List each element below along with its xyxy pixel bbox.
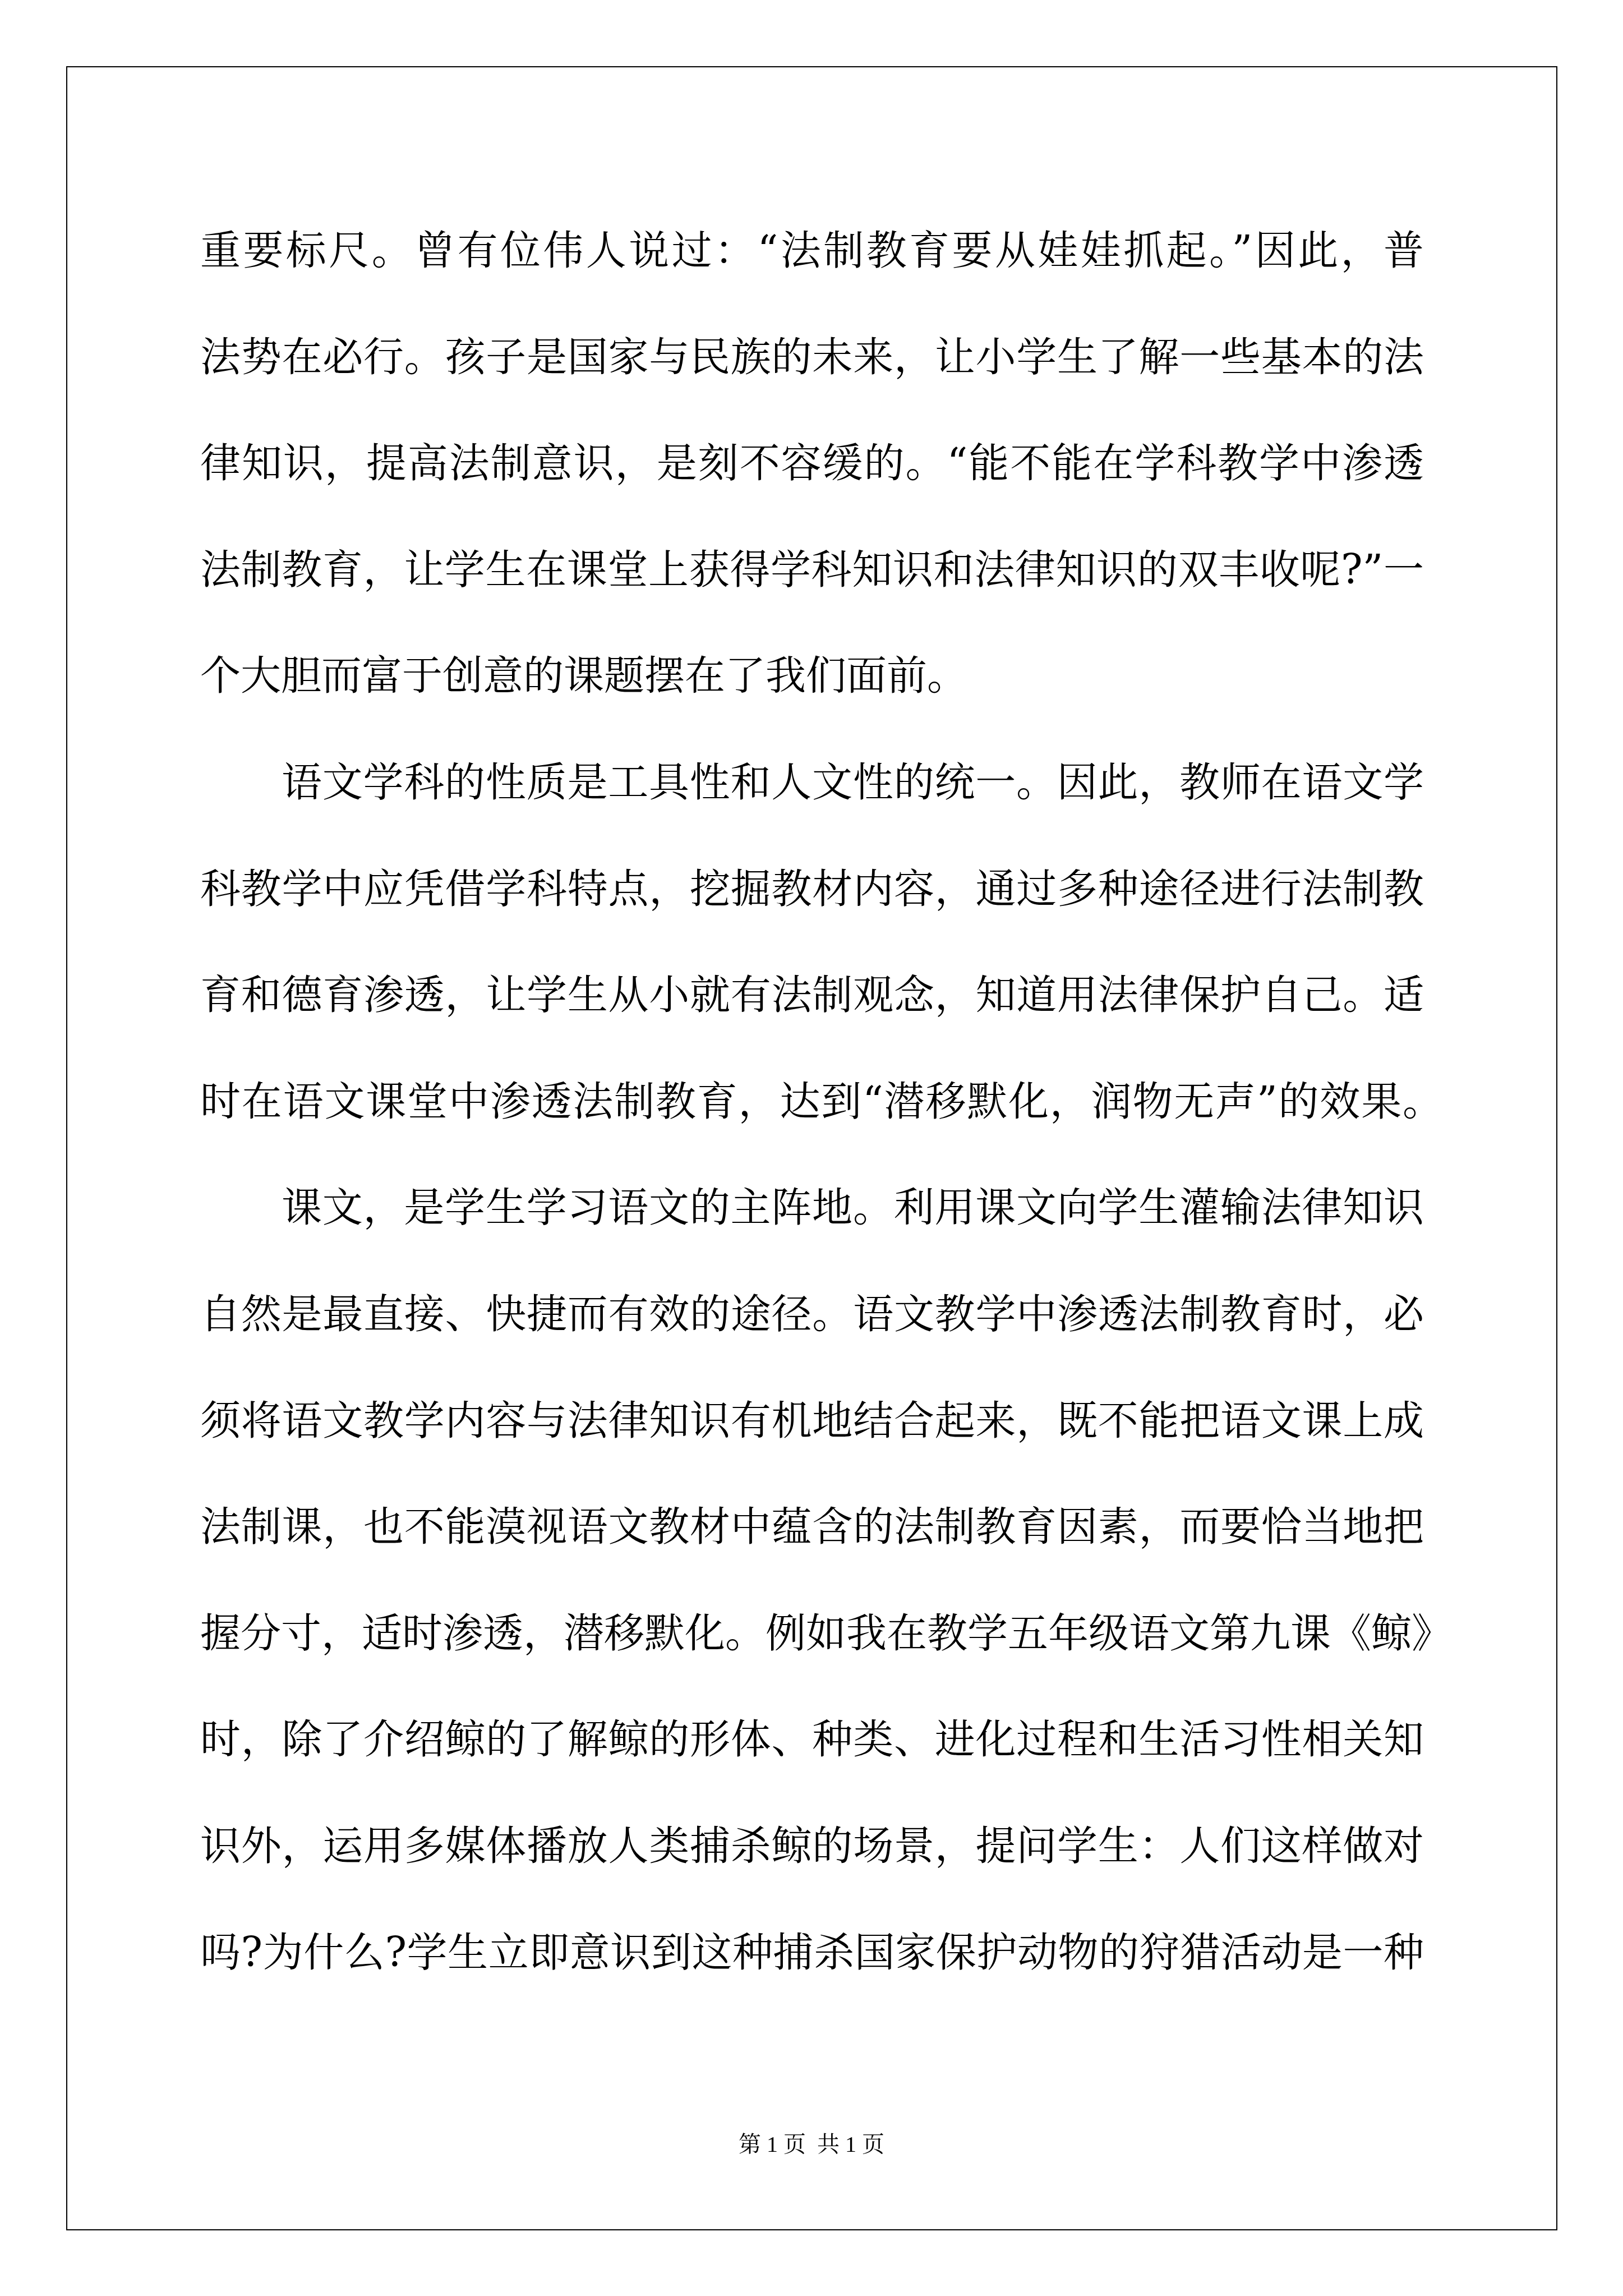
text-line: 吗?为什么?学生立即意识到这种捕杀国家保护动物的狩猎活动是一种 [200,1899,1424,2006]
text-line: 握分寸，适时渗透，潜移默化。例如我在教学五年级语文第九课《鲸》 [200,1580,1443,1687]
text-line: 法制课，也不能漠视语文教材中蕴含的法制教育因素，而要恰当地把 [200,1474,1424,1580]
text-line: 法制教育，让学生在课堂上获得学科知识和法律知识的双丰收呢?”一 [200,517,1424,623]
paragraph-3: 课文，是学生学习语文的主阵地。利用课文向学生灌输法律知识 自然是最直接、快捷而有… [200,1154,1424,2005]
paragraph-2: 语文学科的性质是工具性和人文性的统一。因此，教师在语文学 科教学中应凭借学科特点… [200,729,1424,1154]
text-line: 识外，运用多媒体播放人类捕杀鲸的场景，提问学生：人们这样做对 [200,1793,1424,1899]
text-line: 法势在必行。孩子是国家与民族的未来，让小学生了解一些基本的法 [200,304,1424,411]
text-line: 律知识，提高法制意识，是刻不容缓的。“能不能在学科教学中渗透 [200,410,1424,517]
paragraph-1: 重要标尺。曾有位伟人说过：“法制教育要从娃娃抓起。”因此，普 法势在必行。孩子是… [200,197,1424,729]
text-line: 自然是最直接、快捷而有效的途径。语文教学中渗透法制教育时，必 [200,1261,1424,1368]
text-line: 个大胆而富于创意的课题摆在了我们面前。 [200,623,1424,729]
text-line: 时，除了介绍鲸的了解鲸的形体、种类、进化过程和生活习性相关知 [200,1686,1424,1793]
text-line: 课文，是学生学习语文的主阵地。利用课文向学生灌输法律知识 [200,1154,1424,1261]
document-body: 重要标尺。曾有位伟人说过：“法制教育要从娃娃抓起。”因此，普 法势在必行。孩子是… [200,197,1424,2005]
text-line: 语文学科的性质是工具性和人文性的统一。因此，教师在语文学 [200,729,1424,836]
text-line: 科教学中应凭借学科特点，挖掘教材内容，通过多种途径进行法制教 [200,836,1424,942]
page-number-footer: 第 1 页 共 1 页 [0,2131,1623,2159]
text-line: 重要标尺。曾有位伟人说过：“法制教育要从娃娃抓起。”因此，普 [200,197,1424,304]
text-line: 育和德育渗透，让学生从小就有法制观念，知道用法律保护自己。适 [200,942,1424,1048]
text-line: 时在语文课堂中渗透法制教育，达到“潜移默化，润物无声”的效果。 [200,1048,1443,1155]
text-line: 须将语文教学内容与法律知识有机地结合起来，既不能把语文课上成 [200,1368,1424,1474]
